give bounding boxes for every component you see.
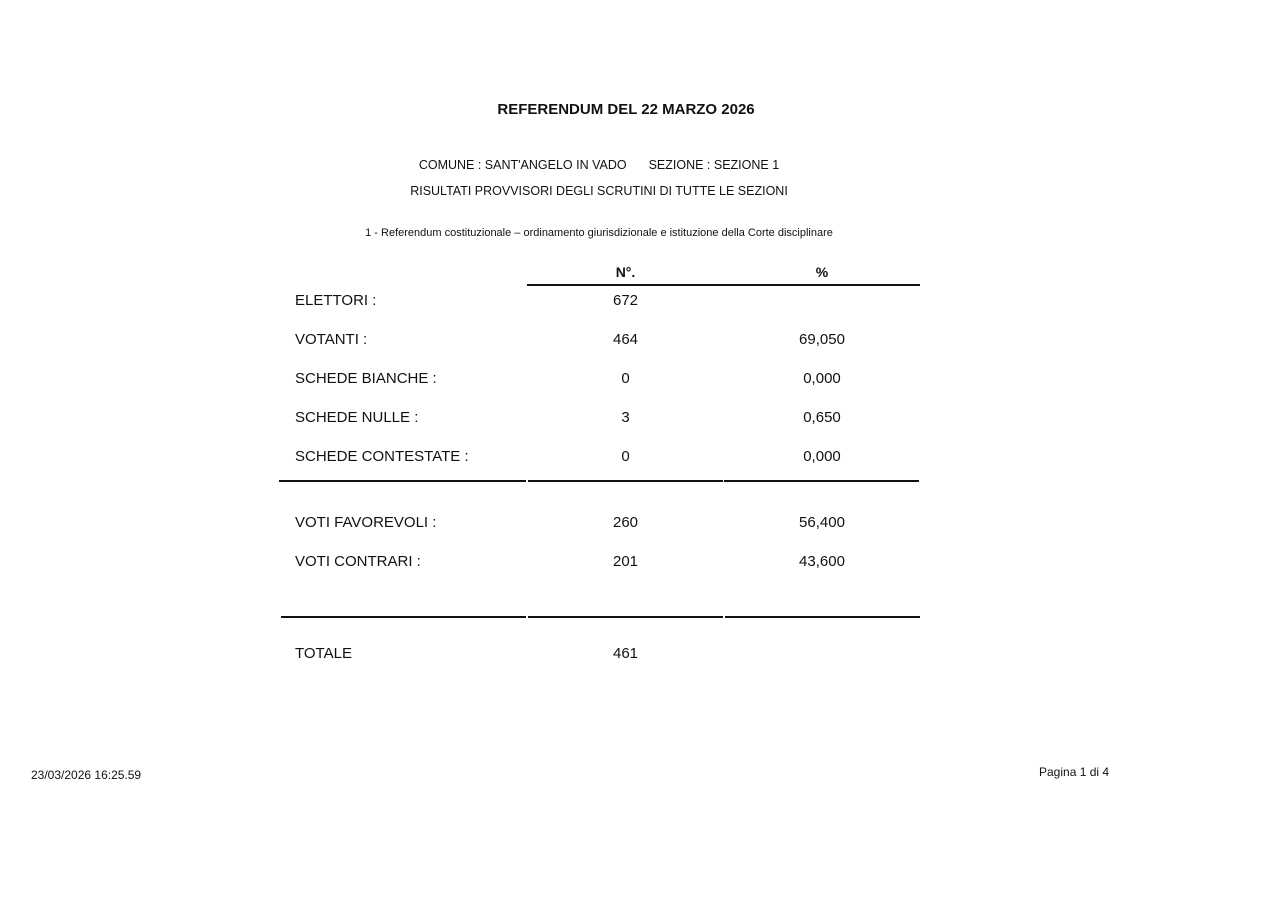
row-percent: 0,650	[724, 409, 920, 426]
row-label: SCHEDE CONTESTATE :	[295, 448, 469, 465]
sezione-label: SEZIONE : SEZIONE 1	[649, 158, 780, 172]
print-timestamp: 23/03/2026 16:25.59	[31, 768, 141, 782]
row-percent: 0,000	[724, 370, 920, 387]
row-number: 0	[527, 370, 724, 387]
comune-sezione-line: COMUNE : SANT'ANGELO IN VADOSEZIONE : SE…	[0, 158, 1198, 172]
row-label: ELETTORI :	[295, 292, 376, 309]
referendum-question: 1 - Referendum costituzionale – ordiname…	[0, 227, 1198, 239]
section-divider	[279, 480, 526, 482]
row-number: 3	[527, 409, 724, 426]
column-header-percent: %	[724, 264, 920, 280]
total-label: TOTALE	[295, 645, 352, 662]
row-label: VOTI FAVOREVOLI :	[295, 514, 436, 531]
report-title: REFERENDUM DEL 22 MARZO 2026	[0, 101, 1252, 118]
total-divider	[281, 616, 526, 618]
row-number: 464	[527, 331, 724, 348]
section-divider	[528, 480, 723, 482]
row-label: VOTANTI :	[295, 331, 367, 348]
header-divider	[527, 284, 920, 286]
row-number: 260	[527, 514, 724, 531]
row-number: 0	[527, 448, 724, 465]
page-indicator: Pagina 1 di 4	[1039, 765, 1109, 779]
comune-label: COMUNE : SANT'ANGELO IN VADO	[419, 158, 627, 172]
row-percent: 56,400	[724, 514, 920, 531]
report-subtitle: RISULTATI PROVVISORI DEGLI SCRUTINI DI T…	[0, 184, 1198, 198]
row-label: VOTI CONTRARI :	[295, 553, 421, 570]
row-percent: 43,600	[724, 553, 920, 570]
row-label: SCHEDE BIANCHE :	[295, 370, 437, 387]
row-percent: 0,000	[724, 448, 920, 465]
total-divider	[725, 616, 920, 618]
row-label: SCHEDE NULLE :	[295, 409, 418, 426]
row-percent: 69,050	[724, 331, 920, 348]
column-header-number: N°.	[527, 264, 724, 280]
row-number: 201	[527, 553, 724, 570]
total-number: 461	[527, 645, 724, 662]
section-divider	[724, 480, 919, 482]
total-divider	[528, 616, 723, 618]
row-number: 672	[527, 292, 724, 309]
